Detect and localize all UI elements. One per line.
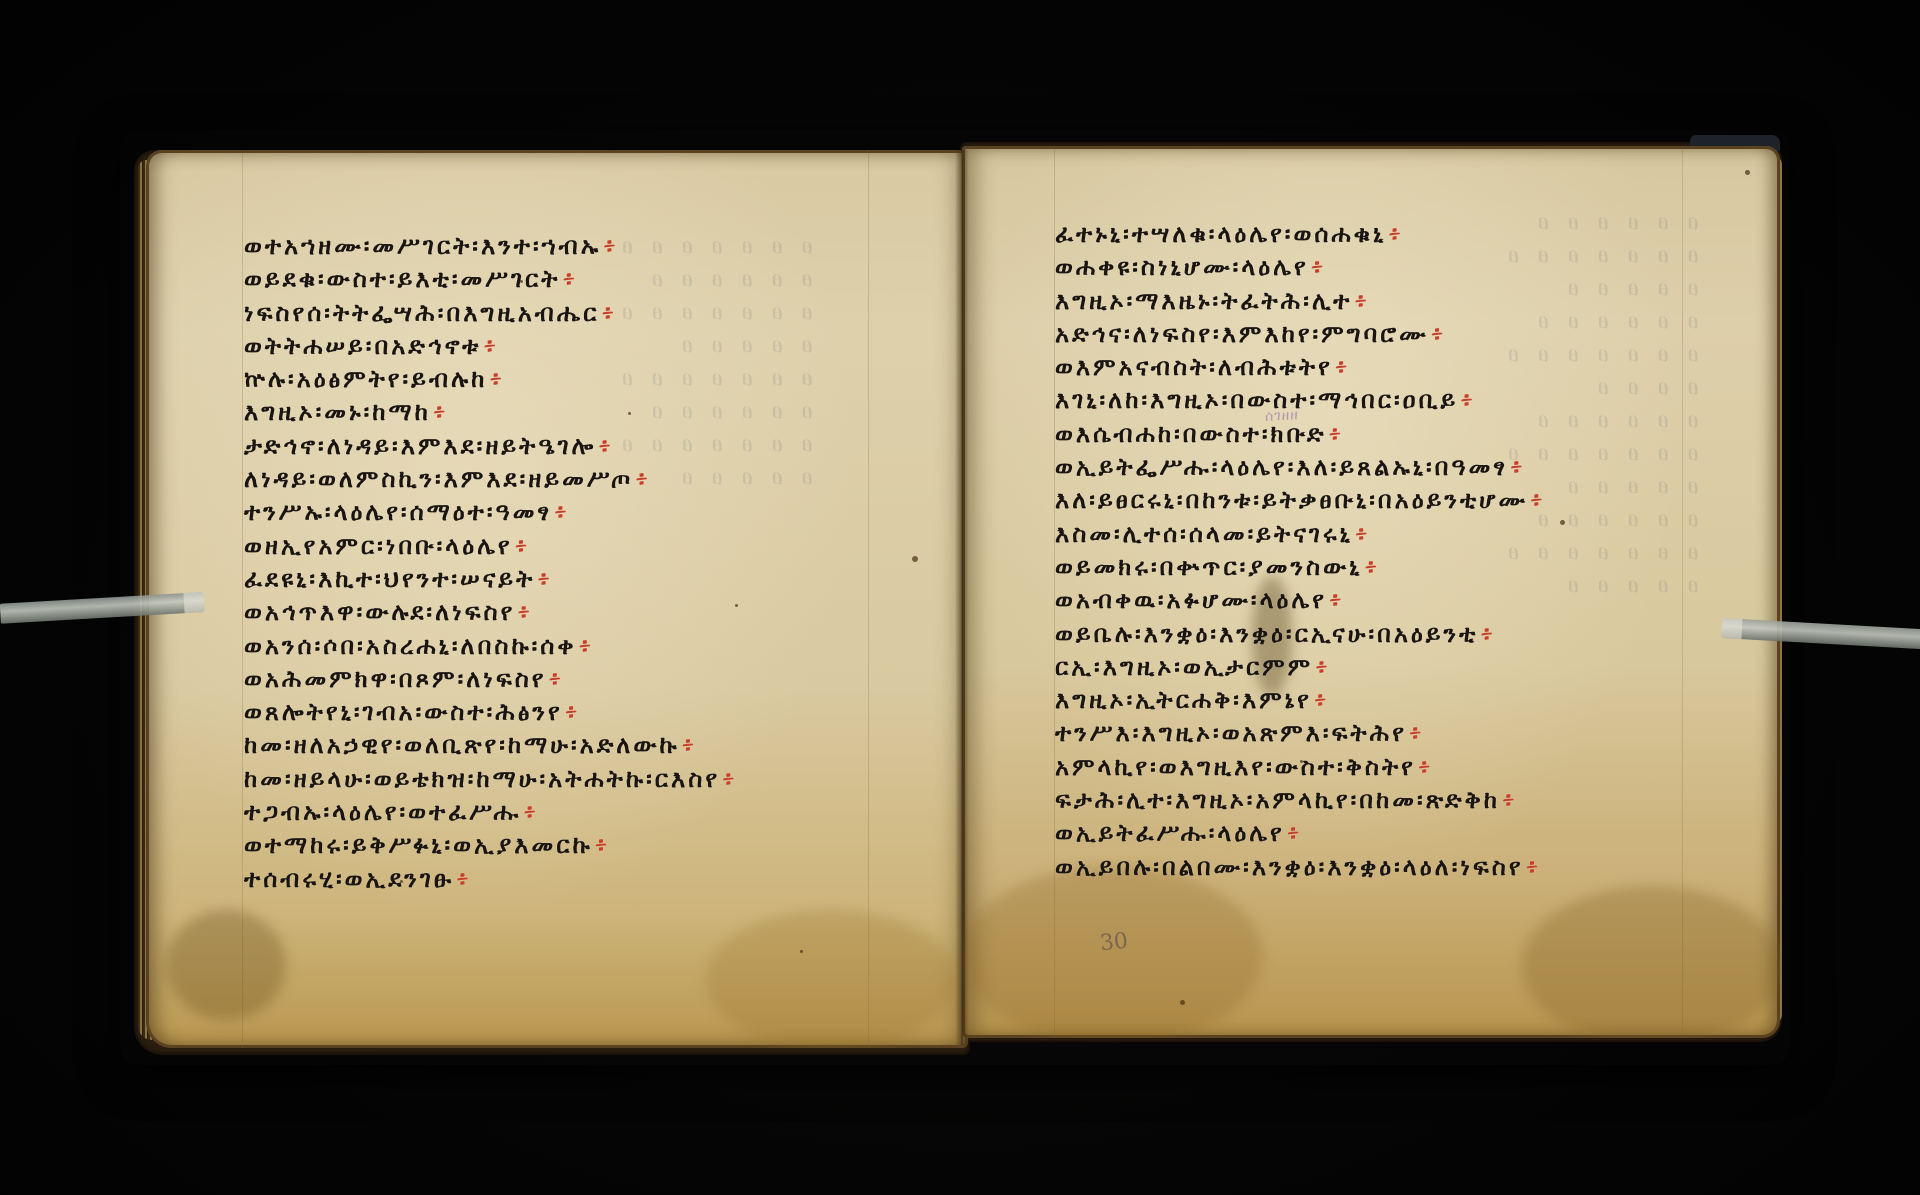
text-line: ርኢ፡እግዚኦ፡ወኢታርምም፥ — [1055, 651, 1543, 684]
rubric-verse-marker: ፥ — [1287, 819, 1300, 847]
foxing-speck — [1180, 1000, 1185, 1005]
text-line: ፈተኑኒ፡ተሣለቁ፡ላዕሌየ፡ወሰሐቁኒ፥ — [1055, 218, 1543, 251]
rubric-verse-marker: ፥ — [517, 598, 530, 626]
text-line: ወአንሰ፡ሶበ፡አስረሐኒ፡ለበስኩ፡ሰቀ፥ — [244, 630, 735, 663]
rubric-verse-marker: ፥ — [1460, 386, 1473, 414]
rubric-verse-marker: ፥ — [565, 698, 578, 726]
text-line: እግዚኦ፡ማእዜኑ፡ትፈትሕ፡ሊተ፥ — [1055, 285, 1543, 318]
rubric-verse-marker: ፥ — [433, 398, 446, 426]
rubric-verse-marker: ፥ — [1315, 653, 1328, 681]
rubric-verse-marker: ፥ — [1335, 353, 1348, 381]
rubric-verse-marker: ፥ — [523, 798, 536, 826]
text-line: ወአኅጥእዋ፡ውሉደ፡ለነፍስየ፥ — [244, 596, 735, 629]
age-stain — [1522, 886, 1780, 1038]
rubric-verse-marker: ፥ — [1431, 320, 1444, 348]
rubric-verse-marker: ፥ — [537, 565, 550, 593]
text-line: ወተማከሩ፡ይቅሥፉኒ፡ወኢያእመርኩ፥ — [244, 829, 735, 862]
text-line: እስመ፡ሊተሰ፡ሰላመ፡ይትናገሩኒ፥ — [1055, 518, 1543, 551]
text-line: ከመ፡ዘይላሁ፡ወይቴክዝ፡ከማሁ፡አትሐትኩ፡ርእስየ፥ — [244, 763, 735, 796]
rubric-verse-marker: ፥ — [1480, 620, 1493, 648]
text-line: ወሐቀዩ፡ስነኒሆሙ፡ላዕሌየ፥ — [1055, 251, 1543, 284]
right-page-text: ፈተኑኒ፡ተሣለቁ፡ላዕሌየ፡ወሰሐቁኒ፥ ወሐቀዩ፡ስነኒሆሙ፡ላዕሌየ፥ እ… — [1055, 218, 1543, 884]
rubric-verse-marker: ፥ — [1510, 453, 1523, 481]
rubric-verse-marker: ፥ — [682, 731, 695, 759]
text-line: ተንሥእ፡እግዚኦ፡ወአጽምእ፡ፍትሕየ፥ — [1055, 717, 1543, 750]
text-line: ወይቤሉ፡እንቋዕ፡እንቋዕ፡ርኢናሁ፡በአዕይንቲ፥ — [1055, 618, 1543, 651]
left-page-text: ወተአኀዘሙ፡መሥገርት፡እንተ፡ኀብኡ፥ ወይደቁ፡ውስተ፡ይእቲ፡መሥገርት… — [244, 230, 735, 896]
book-gutter — [955, 150, 969, 1045]
rubric-verse-marker: ፥ — [1409, 719, 1422, 747]
rubric-verse-marker: ፥ — [1526, 853, 1539, 881]
library-stamp: ሰገዘዘ — [1265, 407, 1300, 425]
text-line: ለነዳይ፡ወለምስኪን፡እምእደ፡ዘይመሥጦ፥ — [244, 463, 735, 496]
text-line: እገኒ፡ለከ፡እግዚኦ፡በውስተ፡ማኅበር፡ዐቢይ፥ — [1055, 384, 1543, 417]
rubric-verse-marker: ፥ — [1355, 520, 1368, 548]
foxing-speck — [800, 950, 803, 953]
text-line: ወኢይትፈሥሑ፡ላዕሌየ፥ — [1055, 817, 1543, 850]
water-stain — [166, 910, 286, 1020]
foxing-speck — [735, 604, 738, 607]
manuscript-photo: ፀ ፀ ፀ ፀ ፀ ፀ ፀ ፀ ፀ ፀ ፀ ፀ ፀ ፀ ፀ ፀ ፀ ፀ ፀ ፀ … — [0, 0, 1920, 1195]
text-line: እግዚኦ፡ኢትርሐቅ፡እምኔየ፥ — [1055, 684, 1543, 717]
rubric-verse-marker: ፥ — [1328, 420, 1341, 448]
foxing-speck — [1560, 520, 1565, 525]
text-line: ተጋብኡ፡ላዕሌየ፡ወተፈሥሑ፥ — [244, 796, 735, 829]
rubric-verse-marker: ፥ — [562, 265, 575, 293]
rubric-verse-marker: ፥ — [1418, 753, 1431, 781]
text-line: አምላኪየ፡ወእግዚእየ፡ውስተ፡ቅስትየ፥ — [1055, 751, 1543, 784]
rubric-verse-marker: ፥ — [1311, 253, 1324, 281]
foxing-speck — [1745, 170, 1750, 175]
rubric-verse-marker: ፥ — [1329, 586, 1342, 614]
folio-number: 30 — [1099, 929, 1129, 957]
text-line: ወእምአናብስት፡ለብሕቱትየ፥ — [1055, 351, 1543, 384]
text-line: ወትትሐሠይ፡በአድኅኖቱ፥ — [244, 330, 735, 363]
rubric-verse-marker: ፥ — [489, 365, 502, 393]
text-line: ወዘኢየአምር፡ነበቡ፡ላዕሌየ፥ — [244, 530, 735, 563]
text-line: ወአብቀዉ፡አፉሆሙ፡ላዕሌየ፥ — [1055, 584, 1543, 617]
rubric-verse-marker: ፥ — [1530, 486, 1543, 514]
rubric-verse-marker: ፥ — [601, 299, 614, 327]
rubric-verse-marker: ፥ — [1388, 220, 1401, 248]
text-line: አድኅና፡ለነፍስየ፡እምእከየ፡ምግባሮሙ፥ — [1055, 318, 1543, 351]
text-line: ተሰብሩሂ፡ወኢደንገፁ፥ — [244, 863, 735, 896]
age-stain — [706, 910, 956, 1048]
foxing-speck — [400, 880, 403, 883]
text-line: እለ፡ይፀርሩኒ፡በከንቱ፡ይትቃፀቡኒ፡በአዕይንቲሆሙ፥ — [1055, 484, 1543, 517]
rubric-verse-marker: ፥ — [635, 465, 648, 493]
rubric-verse-marker: ፥ — [722, 765, 735, 793]
foxing-speck — [1300, 760, 1303, 763]
text-line: ከመ፡ዘለአኃዊየ፡ወለቢጽየ፡ከማሁ፡አድለውኩ፥ — [244, 729, 735, 762]
rubric-verse-marker: ፥ — [595, 831, 608, 859]
text-line: ታድኅኖ፡ለነዳይ፡እምእደ፡ዘይትዔገሎ፥ — [244, 430, 735, 463]
text-line: ፍታሕ፡ሊተ፡እግዚኦ፡አምላኪየ፡በከመ፡ጽድቅከ፥ — [1055, 784, 1543, 817]
text-line: ፈደዩኒ፡እኪተ፡ህየንተ፡ሠናይት፥ — [244, 563, 735, 596]
rubric-verse-marker: ፥ — [1314, 686, 1327, 714]
text-line: ነፍስየሰ፡ትትፌሣሕ፡በእግዚአብሔር፥ — [244, 297, 735, 330]
text-line: ኵሉ፡አዕፅምትየ፡ይብሉከ፥ — [244, 363, 735, 396]
rubric-verse-marker: ፥ — [554, 498, 567, 526]
rubric-verse-marker: ፥ — [549, 665, 562, 693]
text-line: ወተአኀዘሙ፡መሥገርት፡እንተ፡ኀብኡ፥ — [244, 230, 735, 263]
text-line: ወኢይትፌሥሑ፡ላዕሌየ፡እለ፡ይጸልኡኒ፡በዓመፃ፥ — [1055, 451, 1543, 484]
text-line: ወይመክሩ፡በቍጥር፡ያመንስውኒ፥ — [1055, 551, 1543, 584]
foxing-speck — [628, 412, 631, 415]
rubric-verse-marker: ፥ — [1364, 553, 1377, 581]
text-line: ተንሥኡ፡ላዕሌየ፡ሰማዕተ፡ዓመፃ፥ — [244, 496, 735, 529]
foxing-speck — [520, 280, 523, 283]
rubric-verse-marker: ፥ — [456, 865, 469, 893]
text-line: ወኢይበሉ፡በልበሙ፡እንቋዕ፡እንቋዕ፡ላዕለ፡ነፍስየ፥ — [1055, 851, 1543, 884]
text-line: ወአሕመምክዋ፡በጾም፡ለነፍስየ፥ — [244, 663, 735, 696]
rubric-verse-marker: ፥ — [483, 332, 496, 360]
foxing-speck — [912, 556, 918, 562]
text-line: ወጸሎትየኒ፡ገብአ፡ውስተ፡ሕፅንየ፥ — [244, 696, 735, 729]
rubric-verse-marker: ፥ — [1502, 786, 1515, 814]
rubric-verse-marker: ፥ — [598, 432, 611, 460]
rubric-verse-marker: ፥ — [603, 232, 616, 260]
rubric-verse-marker: ፥ — [515, 532, 528, 560]
text-line: እግዚኦ፡መኑ፡ከማከ፥ — [244, 396, 735, 429]
rubric-verse-marker: ፥ — [1354, 287, 1367, 315]
text-line: ወይደቁ፡ውስተ፡ይእቲ፡መሥገርት፥ — [244, 263, 735, 296]
rubric-verse-marker: ፥ — [579, 632, 592, 660]
